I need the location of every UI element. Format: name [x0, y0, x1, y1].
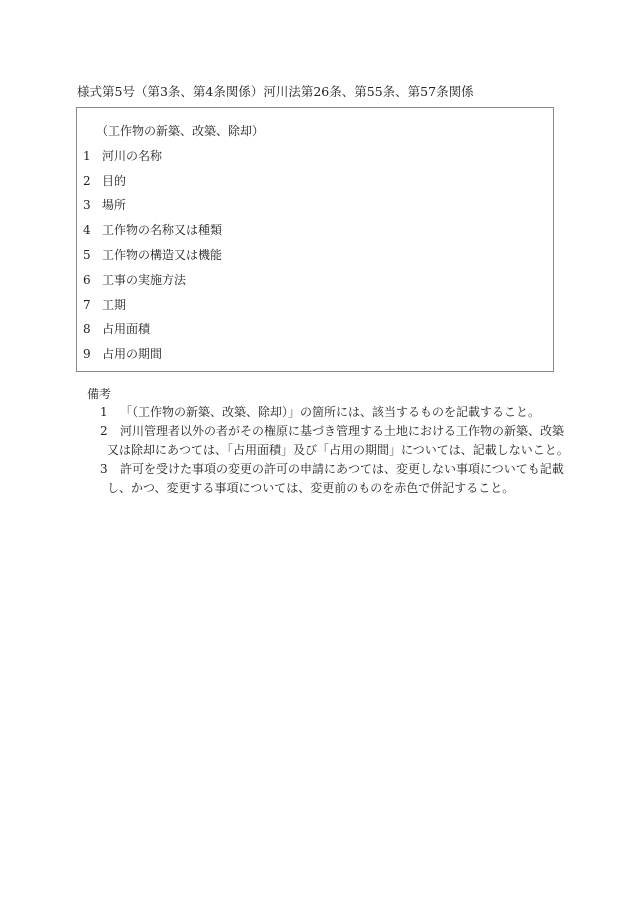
item-number: 1: [83, 149, 102, 163]
item-number: 4: [83, 223, 102, 237]
remark-2: 2河川管理者以外の者がその権原に基づき管理する土地における工作物の新築、改築: [100, 422, 564, 439]
remark-text: 「（工作物の新築、改築、除却）」の箇所には、該当するものを記載すること。: [120, 405, 540, 419]
item-occupied-area: 8占用面積: [83, 320, 150, 337]
item-number: 3: [83, 198, 102, 212]
remark-3-cont: し、かつ、変更する事項については、変更前のものを赤色で併記すること。: [107, 479, 514, 496]
remark-number: 3: [100, 462, 120, 476]
item-number: 7: [83, 298, 102, 312]
item-purpose: 2目的: [83, 172, 126, 189]
item-label: 工作物の名称又は種類: [102, 223, 222, 237]
item-label: 河川の名称: [102, 149, 162, 163]
item-label: 占用面積: [102, 322, 150, 336]
item-structure-function: 5工作物の構造又は機能: [83, 246, 222, 263]
remark-text: 河川管理者以外の者がその権原に基づき管理する土地における工作物の新築、改築: [120, 424, 564, 438]
item-construction-period: 7工期: [83, 296, 126, 313]
form-header: 様式第5号（第3条、第4条関係）河川法第26条、第55条、第57条関係: [77, 82, 474, 100]
item-label: 工事の実施方法: [102, 273, 186, 287]
item-label: 目的: [102, 174, 126, 188]
remark-2-cont: 又は除却にあつては、「占用面積」及び「占用の期間」については、記載しないこと。: [107, 441, 569, 458]
form-box: （工作物の新築、改築、除却） 1河川の名称 2目的 3場所 4工作物の名称又は種…: [76, 107, 554, 372]
item-label: 工期: [102, 298, 126, 312]
remark-1: 1「（工作物の新築、改築、除却）」の箇所には、該当するものを記載すること。: [100, 403, 540, 420]
remarks-title: 備考: [87, 385, 111, 402]
item-number: 2: [83, 174, 102, 188]
item-label: 占用の期間: [102, 347, 162, 361]
item-number: 5: [83, 248, 102, 262]
remark-number: 1: [100, 405, 120, 419]
remark-text: 許可を受けた事項の変更の許可の申請にあつては、変更しない事項についても記載: [120, 462, 564, 476]
item-number: 8: [83, 322, 102, 336]
item-number: 6: [83, 273, 102, 287]
item-label: 工作物の構造又は機能: [102, 248, 222, 262]
item-label: 場所: [102, 198, 126, 212]
item-number: 9: [83, 347, 102, 361]
box-title: （工作物の新築、改築、除却）: [96, 122, 264, 139]
remark-number: 2: [100, 424, 120, 438]
item-construction-method: 6工事の実施方法: [83, 271, 186, 288]
item-river-name: 1河川の名称: [83, 147, 162, 164]
remark-3: 3許可を受けた事項の変更の許可の申請にあつては、変更しない事項についても記載: [100, 460, 564, 477]
item-structure-name: 4工作物の名称又は種類: [83, 221, 222, 238]
item-location: 3場所: [83, 196, 126, 213]
item-occupancy-period: 9占用の期間: [83, 345, 162, 362]
